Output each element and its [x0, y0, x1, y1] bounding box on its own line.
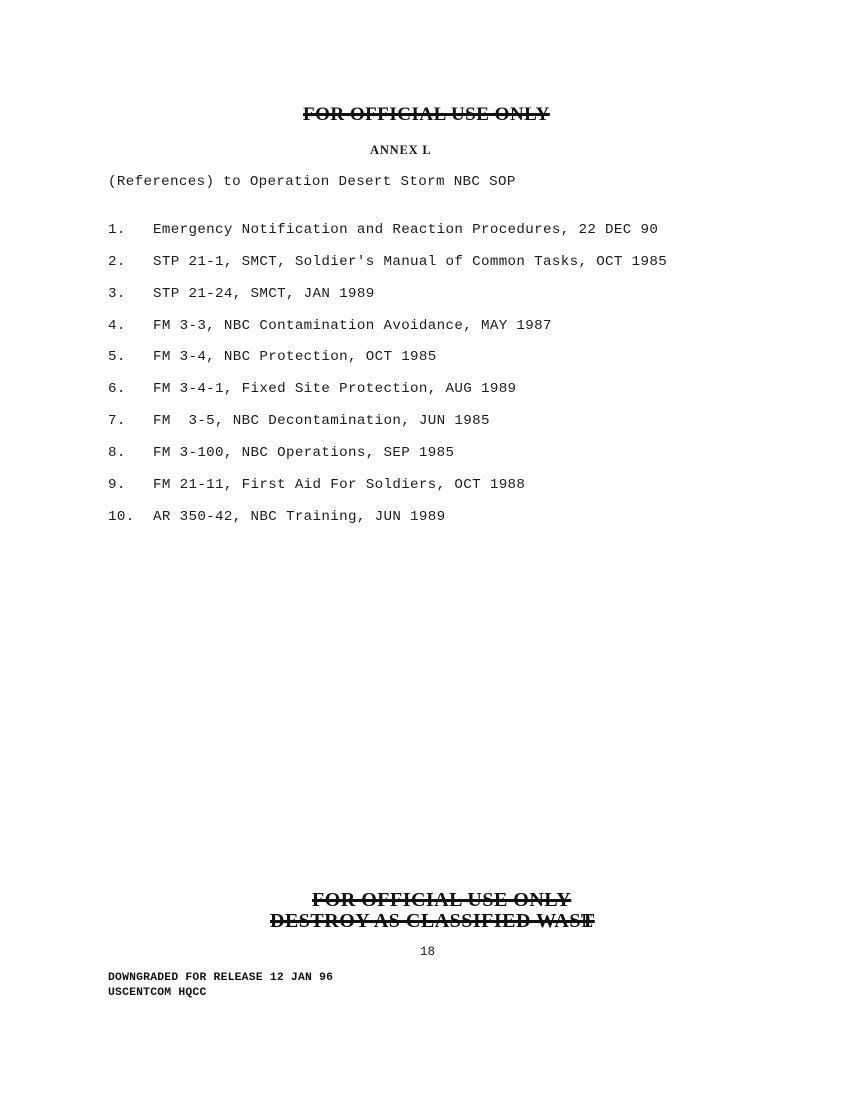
reference-text: FM 3-4-1, Fixed Site Protection, AUG 198… [153, 381, 516, 397]
header-classification-marking: FOR OFFICIAL USE ONLY [303, 104, 550, 126]
reference-number: 10. [108, 509, 153, 525]
reference-text: FM 3-100, NBC Operations, SEP 1985 [153, 445, 454, 461]
reference-number: 3. [108, 286, 153, 302]
release-stamp-line-1: DOWNGRADED FOR RELEASE 12 JAN 96 [108, 972, 333, 984]
reference-item: 6.FM 3-4-1, Fixed Site Protection, AUG 1… [108, 381, 516, 397]
reference-text: FM 3-5, NBC Decontamination, JUN 1985 [153, 413, 490, 429]
reference-text: FM 21-11, First Aid For Soldiers, OCT 19… [153, 477, 525, 493]
reference-number: 2. [108, 254, 153, 270]
reference-item: 2.STP 21-1, SMCT, Soldier's Manual of Co… [108, 254, 667, 270]
reference-item: 9.FM 21-11, First Aid For Soldiers, OCT … [108, 477, 525, 493]
reference-number: 5. [108, 349, 153, 365]
reference-text: STP 21-24, SMCT, JAN 1989 [153, 286, 375, 302]
reference-text: STP 21-1, SMCT, Soldier's Manual of Comm… [153, 254, 667, 270]
reference-number: 4. [108, 318, 153, 334]
reference-number: 9. [108, 477, 153, 493]
reference-text: FM 3-4, NBC Protection, OCT 1985 [153, 349, 437, 365]
reference-item: 7.FM 3-5, NBC Decontamination, JUN 1985 [108, 413, 490, 429]
reference-item: 8.FM 3-100, NBC Operations, SEP 1985 [108, 445, 454, 461]
references-intro: (References) to Operation Desert Storm N… [108, 174, 516, 190]
reference-number: 1. [108, 222, 153, 238]
reference-number: 6. [108, 381, 153, 397]
reference-text: FM 3-3, NBC Contamination Avoidance, MAY… [153, 318, 552, 334]
annex-title: ANNEX L [370, 143, 432, 158]
reference-text: Emergency Notification and Reaction Proc… [153, 222, 658, 238]
reference-text: AR 350-42, NBC Training, JUN 1989 [153, 509, 446, 525]
reference-item: 4.FM 3-3, NBC Contamination Avoidance, M… [108, 318, 552, 334]
footer-destroy-marking-tail: E [581, 910, 593, 933]
page-number: 18 [420, 945, 435, 959]
reference-number: 7. [108, 413, 153, 429]
reference-item: 1.Emergency Notification and Reaction Pr… [108, 222, 658, 238]
release-stamp-line-2: USCENTCOM HQCC [108, 987, 207, 999]
reference-item: 3.STP 21-24, SMCT, JAN 1989 [108, 286, 375, 302]
reference-item: 5.FM 3-4, NBC Protection, OCT 1985 [108, 349, 437, 365]
footer-destroy-marking: DESTROY AS CLASSIFIED WAST [270, 910, 595, 933]
reference-number: 8. [108, 445, 153, 461]
reference-item: 10.AR 350-42, NBC Training, JUN 1989 [108, 509, 446, 525]
footer-classification-marking: FOR OFFICIAL USE ONLY [312, 889, 571, 912]
